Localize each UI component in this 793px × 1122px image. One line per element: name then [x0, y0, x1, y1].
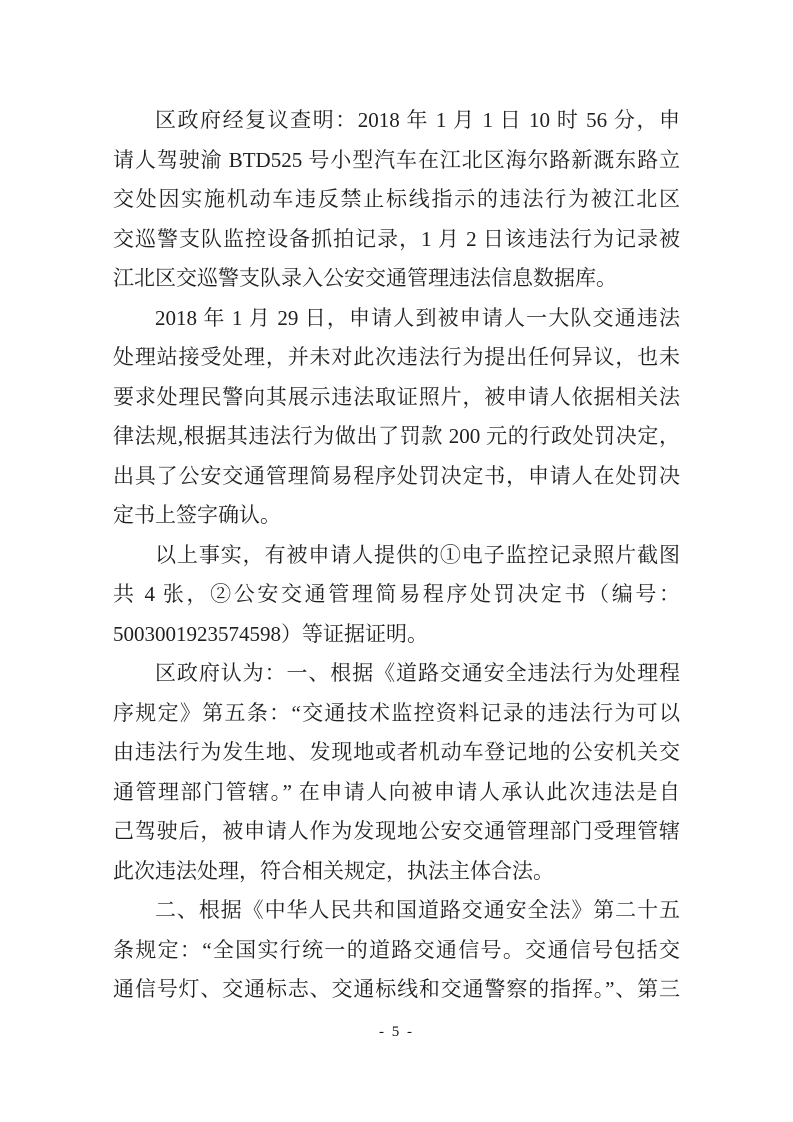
text-line: 江北区交巡警支队录入公安交通管理违法信息数据库。 [113, 259, 680, 299]
text-line: 请人驾驶渝 BTD525 号小型汽车在江北区海尔路新溉东路立 [113, 141, 680, 181]
paragraph-opinion-point-2: 二、根据《中华人民共和国道路交通安全法》第二十五 条规定：“全国实行统一的道路交… [113, 891, 680, 1010]
text-line: 出具了公安交通管理简易程序处罚决定书，申请人在处罚决 [113, 457, 680, 497]
text-line: 己驾驶后，被申请人作为发现地公安交通管理部门受理管辖 [113, 812, 680, 852]
text-line: 处理站接受处理，并未对此次违法行为提出任何异议，也未 [113, 338, 680, 378]
paragraph-evidence: 以上事实，有被申请人提供的①电子监控记录照片截图 共 4 张，②公安交通管理简易… [113, 536, 680, 655]
document-page-body: 区政府经复议查明：2018 年 1 月 1 日 10 时 56 分，申 请人驾驶… [113, 101, 680, 1010]
text-line: 序规定》第五条：“交通技术监控资料记录的违法行为可以 [113, 694, 680, 734]
paragraph-processing: 2018 年 1 月 29 日，申请人到被申请人一大队交通违法 处理站接受处理，… [113, 299, 680, 536]
text-line: 区政府认为：一、根据《道路交通安全违法行为处理程 [113, 654, 680, 694]
text-line: 交巡警支队监控设备抓拍记录，1 月 2 日该违法行为记录被 [113, 220, 680, 260]
text-line: 此次违法处理，符合相关规定，执法主体合法。 [113, 852, 680, 892]
text-line: 2018 年 1 月 29 日，申请人到被申请人一大队交通违法 [113, 299, 680, 339]
text-line: 定书上签字确认。 [113, 496, 680, 536]
text-line: 二、根据《中华人民共和国道路交通安全法》第二十五 [113, 891, 680, 931]
text-line: 由违法行为发生地、发现地或者机动车登记地的公安机关交 [113, 733, 680, 773]
paragraph-opinion-point-1: 区政府认为：一、根据《道路交通安全违法行为处理程 序规定》第五条：“交通技术监控… [113, 654, 680, 891]
text-line: 共 4 张，②公安交通管理简易程序处罚决定书（编号： [113, 575, 680, 615]
text-line: 交处因实施机动车违反禁止标线指示的违法行为被江北区 [113, 180, 680, 220]
text-line: 5003001923574598）等证据证明。 [113, 615, 680, 655]
text-line: 通管理部门管辖。” 在申请人向被申请人承认此次违法是自 [113, 773, 680, 813]
page-number: - 5 - [0, 1024, 793, 1041]
text-line: 条规定：“全国实行统一的道路交通信号。交通信号包括交 [113, 931, 680, 971]
paragraph-facts-found: 区政府经复议查明：2018 年 1 月 1 日 10 时 56 分，申 请人驾驶… [113, 101, 680, 299]
text-line: 要求处理民警向其展示违法取证照片，被申请人依据相关法 [113, 378, 680, 418]
text-line: 以上事实，有被申请人提供的①电子监控记录照片截图 [113, 536, 680, 576]
text-line: 区政府经复议查明：2018 年 1 月 1 日 10 时 56 分，申 [113, 101, 680, 141]
text-line: 通信号灯、交通标志、交通标线和交通警察的指挥。”、第三 [113, 970, 680, 1010]
text-line: 律法规,根据其违法行为做出了罚款 200 元的行政处罚决定， [113, 417, 680, 457]
